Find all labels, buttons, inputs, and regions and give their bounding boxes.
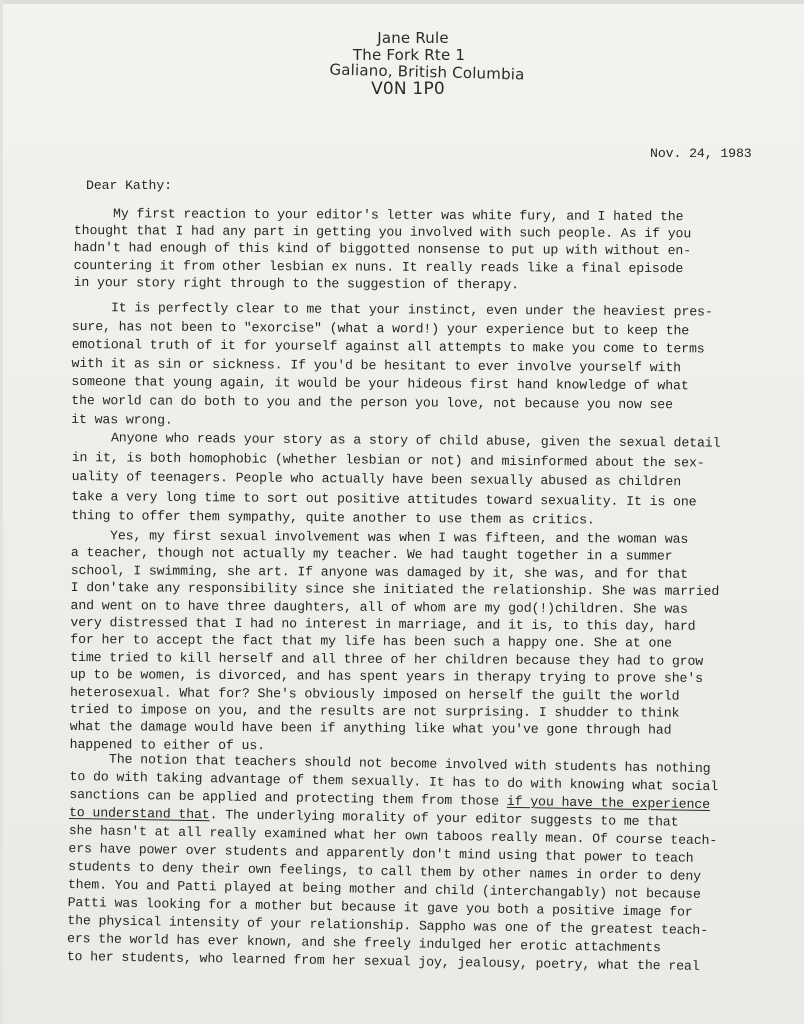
text-line: My first reaction to your editor's lette… — [74, 206, 684, 224]
text-line: it was wrong. — [71, 412, 173, 428]
text-line: Yes, my first sexual involvement was whe… — [71, 528, 688, 547]
text-line: very distressed that I had no interest i… — [70, 615, 695, 634]
letterhead: Jane Rule The Fork Rte 1 Galiano, Britis… — [300, 30, 530, 98]
text-line: up to be women, is divorced, and has spe… — [70, 667, 703, 686]
text-line: I don'take any responsibility since she … — [71, 580, 720, 599]
sender-postal-code: V0N 1P0 — [286, 81, 530, 98]
text-line: the world can do both to you and the per… — [71, 393, 673, 412]
text-line: for her to accept the fact that my life … — [70, 632, 672, 651]
text-line: in your story right through to the sugge… — [74, 275, 519, 292]
text-line: Anyone who reads your story as a story o… — [72, 430, 721, 451]
underlined-text: to understand that — [69, 805, 210, 822]
text-line: a teacher, though not actually my teache… — [71, 545, 673, 564]
text-line: take a very long time to sort out positi… — [71, 489, 696, 509]
sender-name: Jane Rule — [296, 30, 530, 47]
text-line: with it as sin or sickness. If you'd be … — [72, 356, 682, 375]
text-line: sure, has not been to "exorcise" (what a… — [72, 319, 689, 338]
text-line: thing to offer them sympathy, quite anot… — [71, 508, 595, 528]
text-line: countering it from other lesbian ex nuns… — [74, 258, 684, 276]
text-line: uality of teenagers. People who actually… — [72, 469, 682, 489]
text-line: school, I swimming, she art. If anyone w… — [71, 563, 688, 582]
text-line: someone that young again, it would be yo… — [71, 374, 688, 393]
text-line: what the damage would have been if anyth… — [70, 719, 672, 738]
text-line: time tried to kill herself and all three… — [70, 650, 703, 669]
text-line: It is perfectly clear to me that your in… — [72, 300, 713, 319]
letter-page: Jane Rule The Fork Rte 1 Galiano, Britis… — [0, 0, 804, 1024]
text-line: and went on to have three daughters, all… — [70, 598, 687, 617]
salutation: Dear Kathy: — [86, 178, 172, 193]
text-line: heterosexual. What for? She's obviously … — [70, 685, 680, 704]
text-line: thought that I had any part in getting y… — [74, 223, 691, 241]
underlined-text: if you have the experience — [507, 794, 710, 812]
text-line: hadn't had enough of this kind of biggot… — [74, 240, 691, 258]
text-line: emotional truth of it for yourself again… — [72, 337, 705, 356]
text-line: in it, is both homophobic (whether lesbi… — [72, 450, 705, 471]
letter-date: Nov. 24, 1983 — [650, 146, 752, 161]
text-line: tried to impose on you, and the results … — [70, 702, 680, 721]
